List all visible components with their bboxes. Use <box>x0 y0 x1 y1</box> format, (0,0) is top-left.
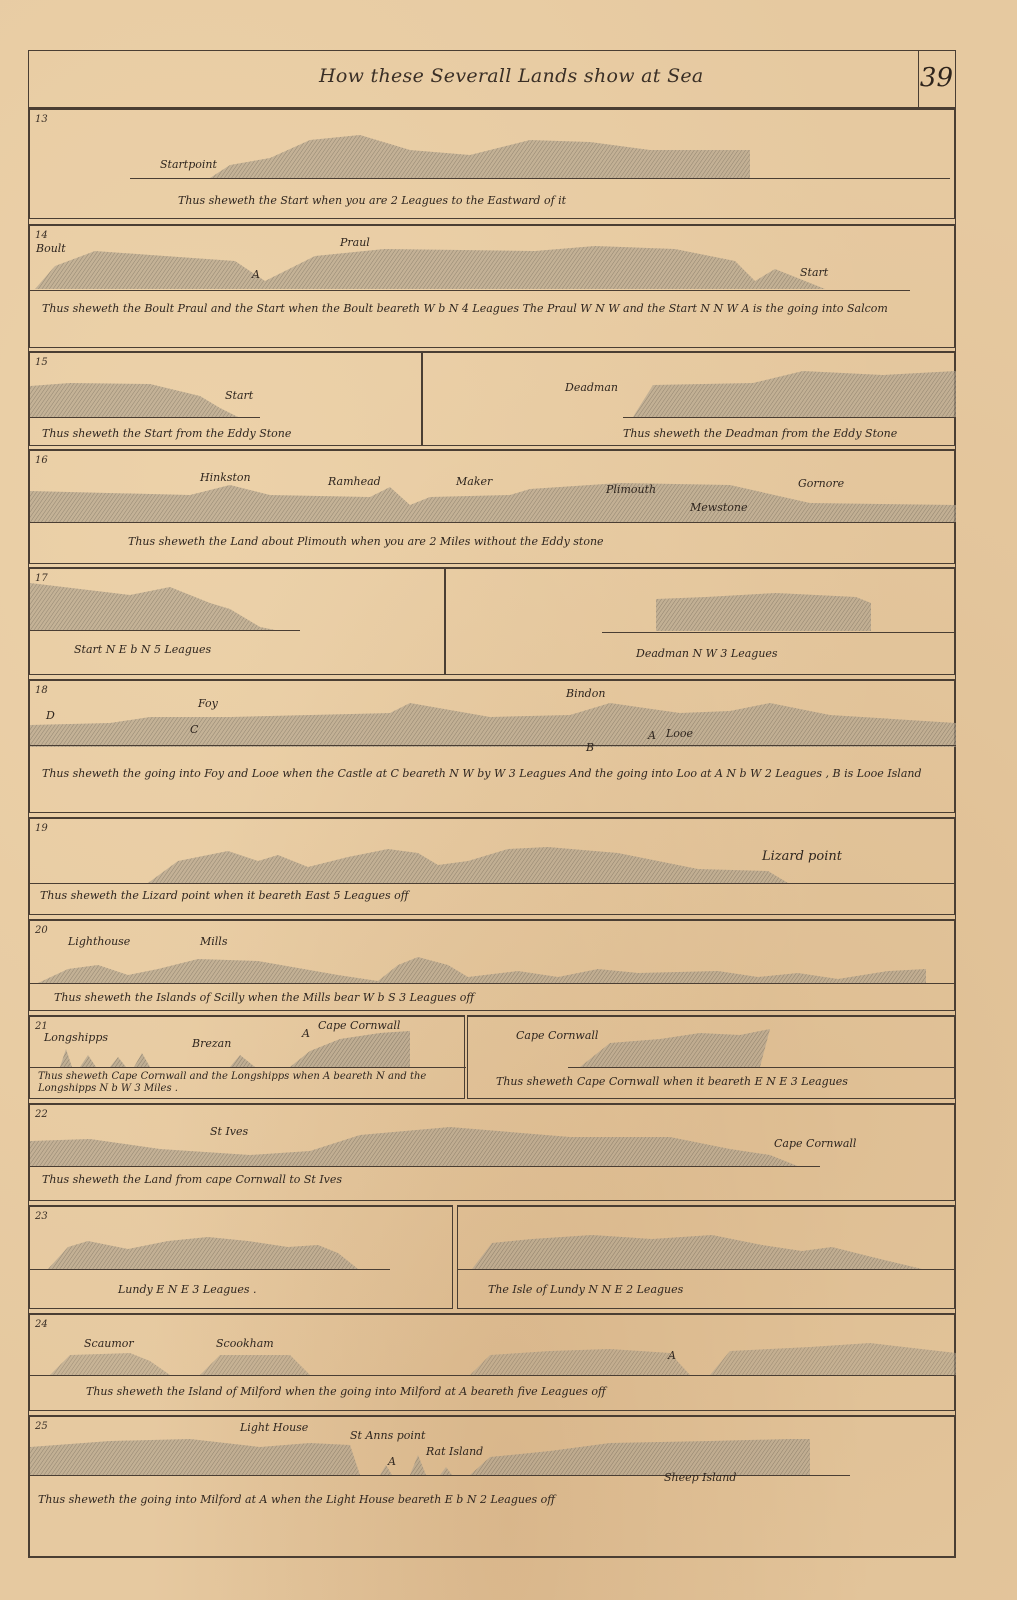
place-label: Looe <box>666 727 693 740</box>
coastline-profile <box>580 1029 770 1067</box>
sea-horizon-line <box>30 883 956 884</box>
place-label: Deadman <box>565 381 618 394</box>
view-caption: Lundy E N E 3 Leagues . <box>118 1283 257 1296</box>
sea-horizon-line <box>458 1269 956 1270</box>
view-caption: Thus sheweth Cape Cornwall when it beare… <box>496 1075 848 1088</box>
view-number: 14 <box>35 230 48 241</box>
place-label: D <box>46 709 55 722</box>
place-label: Gornore <box>798 477 844 490</box>
place-label: Boult <box>36 242 66 255</box>
sea-horizon-line <box>30 1375 956 1376</box>
view-caption: Thus sheweth the Island of Milford when … <box>86 1385 606 1398</box>
place-label: A <box>252 268 260 281</box>
place-label: Mewstone <box>690 501 747 514</box>
coastal-view-21-longshipps: 21 Longshipps Brezan A Cape Cornwall Thu… <box>29 1015 465 1099</box>
coastline-profile <box>38 947 926 983</box>
coastal-view-15-start: 15 Start Thus sheweth the Start from the… <box>29 351 422 446</box>
place-label: Sheep Island <box>664 1471 736 1484</box>
coastal-view-16: 16 Hinkston Ramhead Maker Plimouth Mewst… <box>29 449 955 564</box>
view-caption-line2: Longshipps N b W 3 Miles . <box>38 1083 178 1094</box>
sea-horizon-line <box>602 632 956 633</box>
place-label: Praul <box>340 236 370 249</box>
coastal-view-13: 13 Startpoint Thus sheweth the Start whe… <box>29 108 955 219</box>
place-label: Mills <box>200 935 227 948</box>
place-label: Light House <box>240 1421 308 1434</box>
place-label: A <box>388 1455 396 1468</box>
place-label: St Anns point <box>350 1429 425 1442</box>
place-label: St Ives <box>210 1125 248 1138</box>
coastal-view-21-cape-cornwall: Cape Cornwall Thus sheweth Cape Cornwall… <box>467 1015 955 1099</box>
sea-horizon-line <box>30 1067 466 1068</box>
engraved-plate: How these Severall Lands show at Sea 39 … <box>28 50 956 1558</box>
page-title: How these Severall Lands show at Sea <box>319 65 704 87</box>
coastline-profile <box>30 378 250 418</box>
place-label: Lizard point <box>762 849 842 864</box>
view-number: 18 <box>35 685 48 696</box>
place-label: A <box>668 1349 676 1362</box>
place-label: Brezan <box>192 1037 231 1050</box>
coastal-view-15-deadman: Deadman Thus sheweth the Deadman from th… <box>422 351 955 446</box>
coastline-profile <box>633 371 956 417</box>
sea-horizon-line <box>30 290 910 291</box>
place-label: Hinkston <box>200 471 251 484</box>
view-number: 15 <box>35 357 48 368</box>
coastline-profile <box>48 1233 358 1269</box>
sea-horizon-line <box>30 1166 820 1167</box>
view-number: 22 <box>35 1109 48 1120</box>
sea-horizon-line <box>30 983 956 984</box>
place-label: B <box>586 741 594 754</box>
place-label: Scaumor <box>84 1337 134 1350</box>
place-label: Start <box>800 266 828 279</box>
sea-horizon-line <box>30 745 956 746</box>
coastline-profile <box>30 583 280 631</box>
coastal-view-23-lundy-nne: The Isle of Lundy N N E 2 Leagues <box>457 1205 955 1309</box>
place-label: Start <box>225 389 253 402</box>
coastal-view-17-start: 17 Start N E b N 5 Leagues <box>29 567 445 675</box>
view-number: 19 <box>35 823 48 834</box>
coastline-profile <box>30 1127 800 1167</box>
view-caption: Thus sheweth Cape Cornwall and the Longs… <box>38 1071 426 1082</box>
sea-horizon-line <box>568 1067 956 1068</box>
view-caption: Start N E b N 5 Leagues <box>74 643 211 656</box>
view-number: 23 <box>35 1211 48 1222</box>
sea-horizon-line <box>30 1269 390 1270</box>
coastal-view-24: 24 Scaumor Scookham A Thus sheweth the I… <box>29 1313 955 1411</box>
view-caption: Thus sheweth the Deadman from the Eddy S… <box>623 427 897 440</box>
coastline-profile <box>148 847 788 883</box>
coastline-profile <box>35 241 835 291</box>
view-caption: Deadman N W 3 Leagues <box>636 647 778 660</box>
view-number: 20 <box>35 925 48 936</box>
view-caption: Thus sheweth the Land about Plimouth whe… <box>128 535 604 548</box>
sea-horizon-line <box>623 417 956 418</box>
view-number: 25 <box>35 1421 48 1432</box>
place-label: Bindon <box>566 687 605 700</box>
view-caption: Thus sheweth the Boult Praul and the Sta… <box>42 302 888 315</box>
place-label: Lighthouse <box>68 935 130 948</box>
coastline-profile <box>656 591 871 631</box>
coastline-profile <box>30 1437 810 1475</box>
place-label: Cape Cornwall <box>774 1137 856 1150</box>
view-number: 16 <box>35 455 48 466</box>
view-caption: Thus sheweth the Start when you are 2 Le… <box>178 194 566 207</box>
place-label: A <box>648 729 656 742</box>
place-label: Rat Island <box>426 1445 483 1458</box>
view-caption: Thus sheweth the Lizard point when it be… <box>40 889 409 902</box>
place-label: A <box>302 1027 310 1040</box>
place-label: Plimouth <box>606 483 656 496</box>
coastal-view-18: 18 D Foy C Bindon A Looe B Thus sheweth … <box>29 679 955 813</box>
page-number-box: 39 <box>918 51 955 107</box>
coastal-view-14: 14 Boult Praul A Start Thus sheweth the … <box>29 224 955 348</box>
place-label: Scookham <box>216 1337 274 1350</box>
place-label: Ramhead <box>328 475 381 488</box>
title-bar: How these Severall Lands show at Sea 39 <box>29 51 955 108</box>
coastal-view-25: 25 Light House St Anns point A Rat Islan… <box>29 1415 955 1557</box>
view-caption: Thus sheweth the Land from cape Cornwall… <box>42 1173 342 1186</box>
view-number: 13 <box>35 114 48 125</box>
coastline-profile <box>210 130 750 180</box>
place-label: Maker <box>456 475 492 488</box>
place-label: Startpoint <box>160 158 217 171</box>
sea-horizon-line <box>130 178 950 179</box>
view-caption: Thus sheweth the Start from the Eddy Sto… <box>42 427 291 440</box>
sea-horizon-line <box>30 522 956 523</box>
view-caption: The Isle of Lundy N N E 2 Leagues <box>488 1283 683 1296</box>
view-caption: Thus sheweth the Islands of Scilly when … <box>54 991 474 1004</box>
view-number: 24 <box>35 1319 48 1330</box>
coastline-profile <box>50 1343 956 1375</box>
coastal-view-20: 20 Lighthouse Mills Thus sheweth the Isl… <box>29 919 955 1011</box>
place-label: Longshipps <box>44 1031 108 1044</box>
coastline-profile <box>30 703 956 747</box>
coastal-view-22: 22 St Ives Cape Cornwall Thus sheweth th… <box>29 1103 955 1201</box>
sea-horizon-line <box>30 630 300 631</box>
place-label: C <box>190 723 198 736</box>
view-caption: Thus sheweth the going into Milford at A… <box>38 1493 555 1506</box>
coastal-view-23-lundy-ene: 23 Lundy E N E 3 Leagues . <box>29 1205 453 1309</box>
coastal-view-19: 19 Lizard point Thus sheweth the Lizard … <box>29 817 955 915</box>
place-label: Foy <box>198 697 218 710</box>
page-number: 39 <box>920 63 953 93</box>
view-caption: Thus sheweth the going into Foy and Looe… <box>42 767 922 780</box>
place-label: Cape Cornwall <box>318 1019 400 1032</box>
coastline-profile <box>472 1231 922 1269</box>
sea-horizon-line <box>30 417 260 418</box>
place-label: Cape Cornwall <box>516 1029 598 1042</box>
coastal-view-17-deadman: Deadman N W 3 Leagues <box>445 567 955 675</box>
